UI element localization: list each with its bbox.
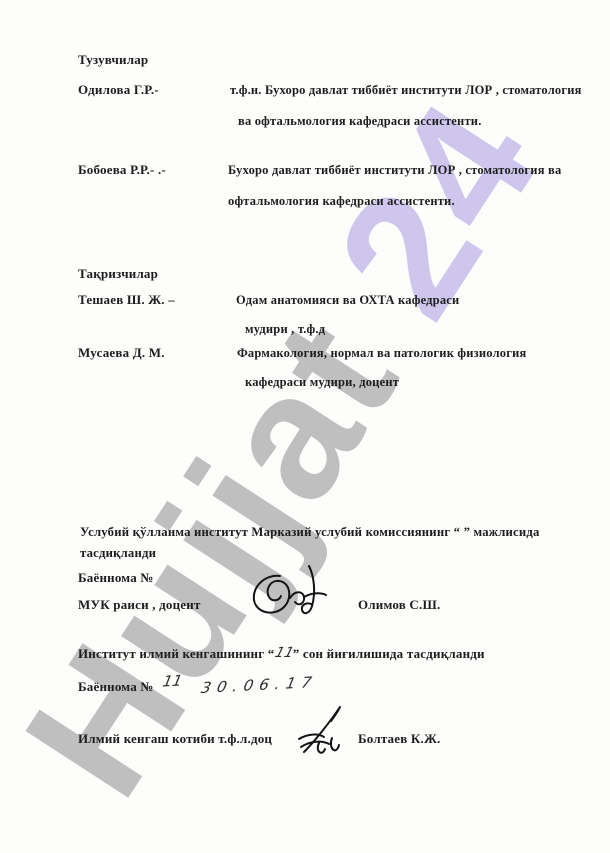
compiler-name: Бобоева Р.Р.- .- <box>78 162 166 178</box>
muk-chair-name: Олимов С.Ш. <box>358 597 440 613</box>
council-secretary-name: Болтаев К.Ж. <box>358 731 440 747</box>
watermark: Hujjat 24 <box>0 66 580 830</box>
council-line-prefix: Институт илмий кенгашининг “ <box>78 646 275 661</box>
signature-olimov <box>246 560 342 622</box>
reviewer-description-line: Одам анатомияси ва ОХТА кафедраси <box>236 293 459 308</box>
protocol-number-handwritten: 11 <box>161 672 184 691</box>
reviewer-description-line: мудири , т.ф.д <box>245 322 325 337</box>
compiler-name: Одилова Г.Р.- <box>78 82 159 98</box>
council-approval-line: Институт илмий кенгашининг “11” сон йиғи… <box>78 646 485 662</box>
compiler-description-line: офтальмология кафедраси ассистенти. <box>228 194 455 209</box>
reviewer-description-line: кафедраси мудири, доцент <box>245 375 399 390</box>
council-line-suffix: ” сон йиғилишида тасдиқланди <box>293 646 485 661</box>
protocol-number-label: Баённома № <box>78 570 154 586</box>
methodical-approval-paragraph: Услубий қўлланма институт Марказий услуб… <box>80 522 572 564</box>
reviewer-description-line: Фармакология, нормал ва патологик физиол… <box>237 346 527 361</box>
scanned-document-page: Hujjat 24 Тузувчилар Одилова Г.Р.- т.ф.н… <box>0 0 610 853</box>
reviewer-name: Тешаев Ш. Ж. – <box>78 292 175 308</box>
compiler-description-line: ва офтальмология кафедраси ассистенти. <box>238 114 482 129</box>
council-secretary-title: Илмий кенгаш котиби т.ф.л.доц <box>78 731 272 747</box>
compilers-heading: Тузувчилар <box>78 52 148 68</box>
reviewer-name: Мусаева Д. М. <box>78 345 165 361</box>
reviewers-heading: Тақризчилар <box>78 266 158 282</box>
muk-chair-title: МУК раиси , доцент <box>78 597 201 613</box>
compiler-description-line: Бухоро давлат тиббиёт институти ЛОР , ст… <box>228 163 561 178</box>
signature-boltaev <box>292 700 356 764</box>
compiler-description-line: т.ф.н. Бухоро давлат тиббиёт институти Л… <box>230 83 582 98</box>
protocol-number-label: Баённома № <box>78 679 154 695</box>
meeting-number-handwritten: 11 <box>272 645 295 661</box>
